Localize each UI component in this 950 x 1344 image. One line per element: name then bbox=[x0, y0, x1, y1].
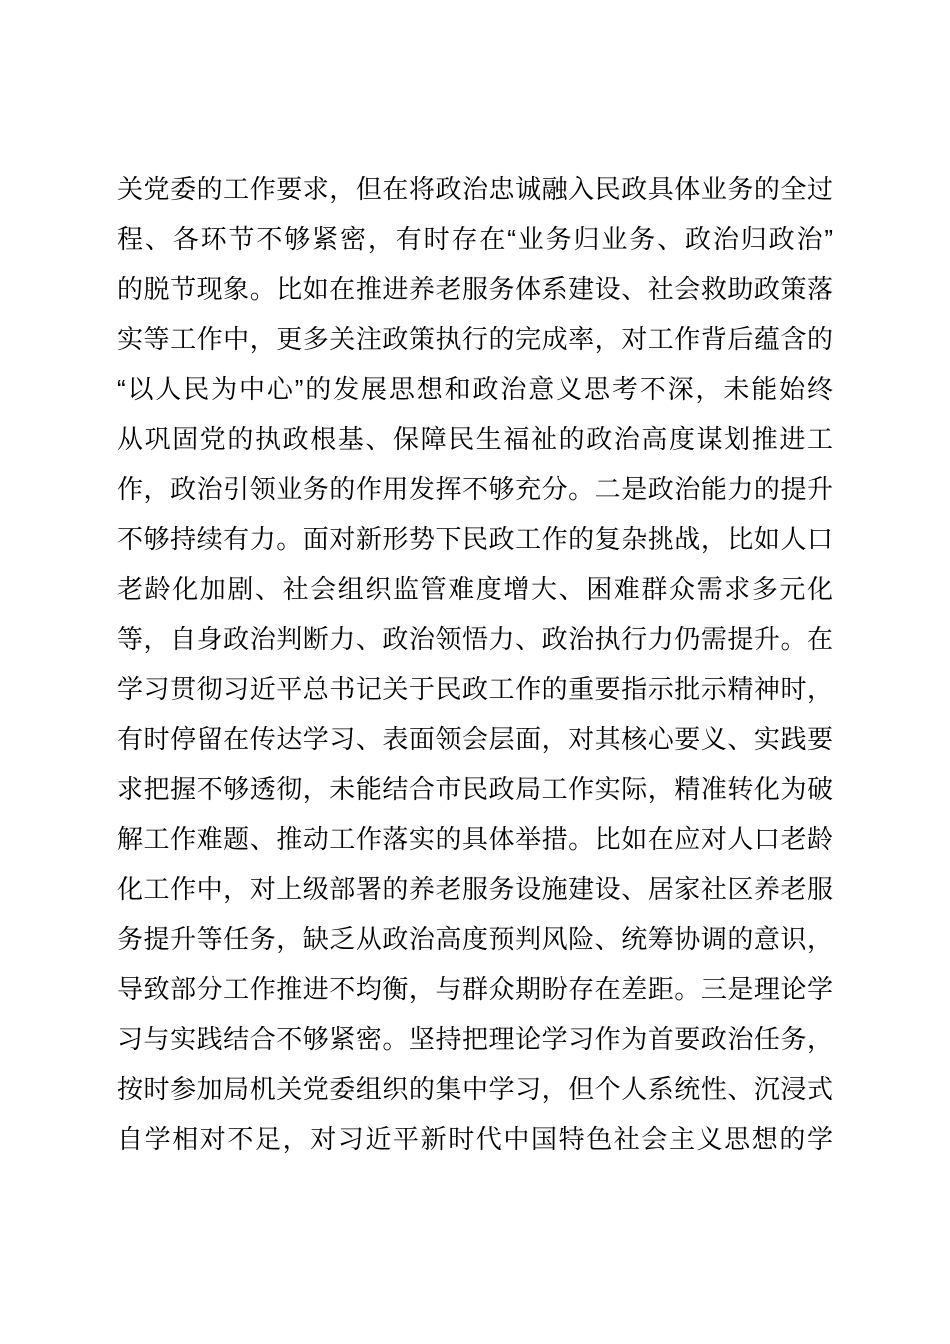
paragraph-line: 等，自身政治判断力、政治领悟力、政治执行力仍需提升。在 bbox=[117, 614, 833, 664]
paragraph-line: 导致部分工作推进不均衡，与群众期盼存在差距。三是理论学 bbox=[117, 964, 833, 1014]
paragraph-line: 化工作中，对上级部署的养老服务设施建设、居家社区养老服 bbox=[117, 864, 833, 914]
paragraph-line: 务提升等任务，缺乏从政治高度预判风险、统筹协调的意识， bbox=[117, 914, 833, 964]
paragraph-line: 的脱节现象。比如在推进养老服务体系建设、社会救助政策落 bbox=[117, 264, 833, 314]
paragraph-line: 作，政治引领业务的作用发挥不够充分。二是政治能力的提升 bbox=[117, 464, 833, 514]
paragraph-line: 按时参加局机关党委组织的集中学习，但个人系统性、沉浸式 bbox=[117, 1064, 833, 1114]
paragraph-line: 关党委的工作要求，但在将政治忠诚融入民政具体业务的全过 bbox=[117, 164, 833, 214]
paragraph-line: 不够持续有力。面对新形势下民政工作的复杂挑战，比如人口 bbox=[117, 514, 833, 564]
paragraph-line: “以人民为中心”的发展思想和政治意义思考不深，未能始终 bbox=[117, 364, 833, 414]
paragraph-line: 老龄化加剧、社会组织监管难度增大、困难群众需求多元化 bbox=[117, 564, 833, 614]
paragraph-line: 习与实践结合不够紧密。坚持把理论学习作为首要政治任务， bbox=[117, 1014, 833, 1064]
paragraph-block: 关党委的工作要求，但在将政治忠诚融入民政具体业务的全过 程、各环节不够紧密，有时… bbox=[117, 164, 833, 1164]
paragraph-line: 自学相对不足，对习近平新时代中国特色社会主义思想的学 bbox=[117, 1114, 833, 1164]
document-page: 关党委的工作要求，但在将政治忠诚融入民政具体业务的全过 程、各环节不够紧密，有时… bbox=[0, 0, 950, 1344]
paragraph-line: 实等工作中，更多关注政策执行的完成率，对工作背后蕴含的 bbox=[117, 314, 833, 364]
paragraph-line: 学习贯彻习近平总书记关于民政工作的重要指示批示精神时， bbox=[117, 664, 833, 714]
paragraph-line: 解工作难题、推动工作落实的具体举措。比如在应对人口老龄 bbox=[117, 814, 833, 864]
paragraph-line: 求把握不够透彻，未能结合市民政局工作实际，精准转化为破 bbox=[117, 764, 833, 814]
paragraph-line: 程、各环节不够紧密，有时存在“业务归业务、政治归政治” bbox=[117, 214, 833, 264]
paragraph-line: 从巩固党的执政根基、保障民生福祉的政治高度谋划推进工 bbox=[117, 414, 833, 464]
paragraph-line: 有时停留在传达学习、表面领会层面，对其核心要义、实践要 bbox=[117, 714, 833, 764]
